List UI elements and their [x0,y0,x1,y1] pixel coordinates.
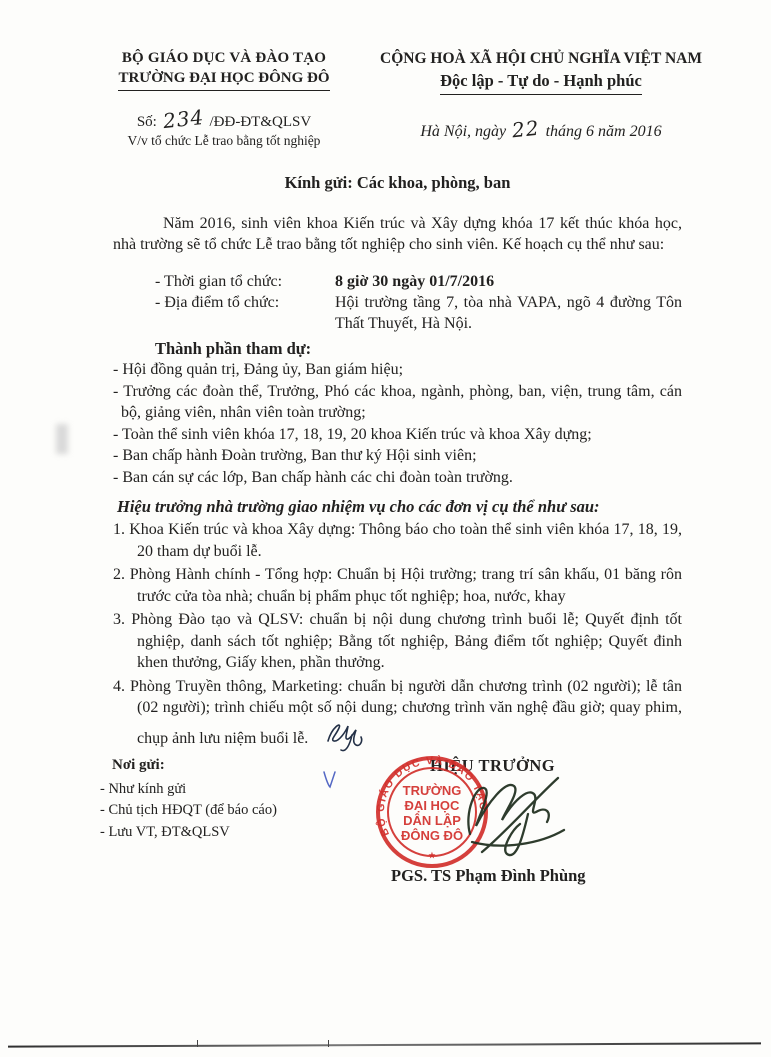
assignment-item: 1. Khoa Kiến trúc và khoa Xây dựng: Thôn… [113,519,682,562]
national-title: CỘNG HOÀ XÃ HỘI CHỦ NGHĨA VIỆT NAM [363,50,719,68]
scan-edge-tick [328,1040,329,1047]
intro-paragraph: Năm 2016, sinh viên khoa Kiến trúc và Xâ… [113,213,682,255]
scan-edge-line [8,1042,761,1047]
assignment-item: 2. Phòng Hành chính - Tổng hợp: Chuẩn bị… [113,564,682,607]
national-header-block: CỘNG HOÀ XÃ HỘI CHỦ NGHĨA VIỆT NAM Độc l… [363,50,719,149]
assignment-number: 1. [113,521,125,538]
school-name: TRƯỜNG ĐẠI HỌC ĐÔNG ĐÔ [118,70,329,91]
document-number-line: Số: 234 /ĐĐ-ĐT&QLSV [88,107,360,131]
assignment-text: Phòng Đào tạo và QLSV: chuẩn bị nội dung… [131,611,682,671]
scanned-document-page: BỘ GIÁO DỤC VÀ ĐÀO TẠO TRƯỜNG ĐẠI HỌC ĐÔ… [0,0,771,1057]
dateline-day-handwritten: 22 [511,116,541,143]
dateline-suffix: tháng 6 năm 2016 [546,123,662,140]
document-number-handwritten: 234 [161,105,204,133]
place-row: - Địa điểm tổ chức: Hội trường tầng 7, t… [113,292,682,334]
scan-smudge [56,424,68,454]
assignment-number: 4. [113,678,125,695]
salutation: Kính gửi: Các khoa, phòng, ban [113,173,682,193]
dateline-prefix: Hà Nội, ngày [420,123,506,140]
stamp-star-icon: ★ [428,851,436,860]
place-value: Hội trường tầng 7, tòa nhà VAPA, ngõ 4 đ… [335,292,682,334]
national-motto: Độc lập - Tự do - Hạnh phúc [440,71,642,95]
assignment-number: 3. [113,611,125,628]
document-number-suffix: /ĐĐ-ĐT&QLSV [210,114,312,130]
national-motto-wrap: Độc lập - Tự do - Hạnh phúc [363,71,719,95]
signer-name: PGS. TS Phạm Đình Phùng [391,866,586,886]
time-row: - Thời gian tổ chức: 8 giờ 30 ngày 01/7/… [113,271,682,292]
assignment-number: 2. [113,566,125,583]
assignment-item: 3. Phòng Đào tạo và QLSV: chuẩn bị nội d… [113,609,682,674]
recipient-item: - Chủ tịch HĐQT (để báo cáo) [100,800,277,822]
check-mark-icon [320,768,338,792]
document-number-label: Số: [137,114,157,130]
subject-line: V/v tổ chức Lễ trao bằng tốt nghiệp [88,133,360,149]
ministry-name: BỘ GIÁO DỤC VÀ ĐÀO TẠO [88,50,360,67]
document-header: BỘ GIÁO DỤC VÀ ĐÀO TẠO TRƯỜNG ĐẠI HỌC ĐÔ… [0,0,771,149]
attendee-item: - Trưởng các đoàn thể, Trưởng, Phó các k… [113,381,682,424]
document-body: Kính gửi: Các khoa, phòng, ban Năm 2016,… [0,173,771,755]
school-name-wrap: TRƯỜNG ĐẠI HỌC ĐÔNG ĐÔ [88,69,360,91]
time-label: - Thời gian tổ chức: [155,271,335,292]
place-label: - Địa điểm tổ chức: [155,292,335,334]
attendee-item: - Hội đồng quản trị, Đảng ủy, Ban giám h… [113,359,682,381]
recipient-item: - Lưu VT, ĐT&QLSV [100,822,277,844]
assignment-text: Khoa Kiến trúc và khoa Xây dựng: Thông b… [129,521,682,560]
attendee-item: - Ban cán sự các lớp, Ban chấp hành các … [113,467,682,489]
attendee-item: - Ban chấp hành Đoàn trường, Ban thư ký … [113,445,682,467]
attendees-heading: Thành phần tham dự: [113,339,682,359]
dateline: Hà Nội, ngày 22 tháng 6 năm 2016 [363,117,719,141]
assignments-heading: Hiệu trưởng nhà trường giao nhiệm vụ cho… [113,497,682,517]
attendee-item: - Toàn thể sinh viên khóa 17, 18, 19, 20… [113,424,682,446]
recipient-item: - Như kính gửi [100,779,277,801]
assignment-text: Phòng Hành chính - Tổng hợp: Chuẩn bị Hộ… [130,566,682,605]
issuer-block: BỘ GIÁO DỤC VÀ ĐÀO TẠO TRƯỜNG ĐẠI HỌC ĐÔ… [88,50,360,149]
scan-edge-tick [197,1040,198,1047]
handwritten-signature [452,760,582,875]
time-value: 8 giờ 30 ngày 01/7/2016 [335,271,682,292]
recipients-block: Nơi gửi: - Như kính gửi - Chủ tịch HĐQT … [100,755,277,843]
recipients-heading: Nơi gửi: [112,755,277,777]
